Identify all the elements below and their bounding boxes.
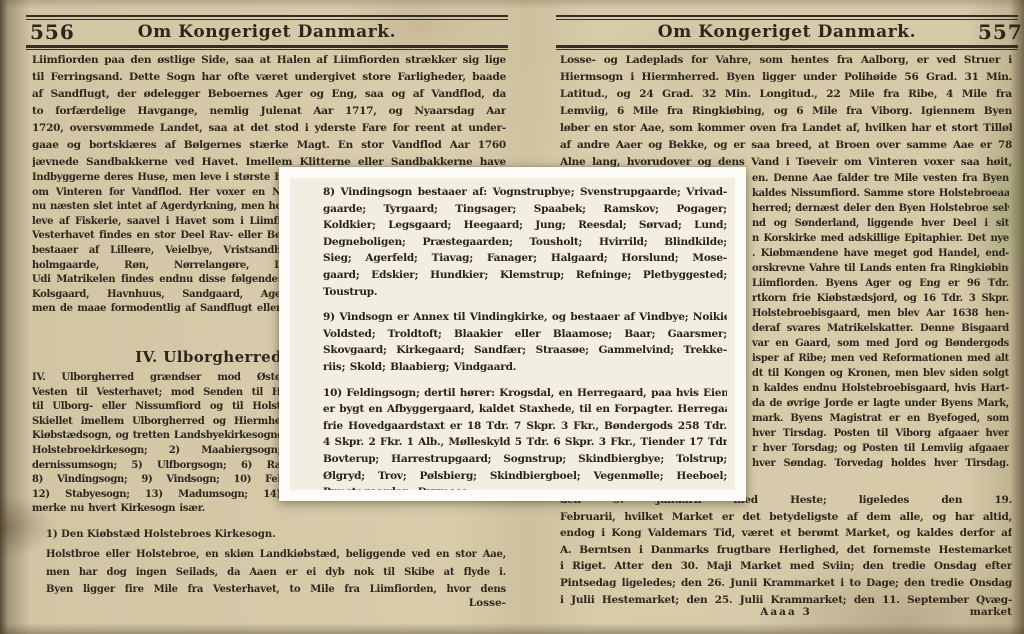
text-line: merke nu hvert Kirkesogn især. [32, 502, 281, 517]
text-line: riis; Skold; Blaabierg; Vindgaard. [323, 359, 727, 376]
book-scan: 556 Om Kongeriget Danmark. Om Kongeriget… [0, 0, 1024, 634]
text-line: Pintsedag ligeledes; den 26. Junii Kramm… [560, 575, 1012, 592]
running-title-left: Om Kongeriget Danmark. [26, 22, 508, 42]
text-line: da de øvrige Jorde er lagte under Byens … [752, 396, 1009, 411]
section-heading-ulborgherred: IV. Ulborgherred [32, 348, 282, 366]
text-line: Februarii, hvilket Market er det betydel… [560, 509, 1012, 526]
text-line: orskrevne Vahre til Lands enten fra Ring… [752, 261, 1009, 276]
text-line: n kaldes endnu Holstebroebisgaard, hvis … [752, 381, 1009, 396]
text-line: dt til Kongen og Kronen, men blev siden … [752, 366, 1009, 381]
excerpt-paragraph-10: 10) Feldingsogn; dertil hører: Krogsdal,… [298, 385, 727, 501]
header-rule [26, 15, 508, 17]
text-line: til Ulborg- eller Nissumfiord og til Hol… [32, 400, 281, 415]
text-line: Koldkier; Legsgaard; Heegaard; Jung; Ree… [323, 217, 727, 234]
text-line: løber en stor Aae, som kommer oven fra L… [560, 120, 1012, 137]
right-page-top-paragraph: Losse- og Ladeplads for Vahre, som hente… [560, 52, 1012, 171]
catchword-left: Losse- [32, 597, 506, 609]
text-line: leve af Fiskerie, saavel i Havet som i L… [32, 215, 281, 230]
text-line: Holstebroebisgaard, men blev Aar 1638 he… [752, 306, 1009, 321]
text-line: . Kiøbmændene have meget god Handel, end… [752, 246, 1009, 261]
text-line: men har dog ingen Seilads, da Aaen er ei… [46, 564, 506, 582]
running-title-right: Om Kongeriget Danmark. [556, 22, 1018, 42]
text-line: 12) Stabyesogn; 13) Madumsogn; 14) [32, 488, 281, 503]
text-line: 10) Feldingsogn; dertil hører: Krogsdal,… [323, 385, 727, 402]
text-line: holmgaarde, Røn, Nørrelangøre, L [32, 259, 281, 274]
text-line: Udi Matrikelen findes endnu disse følgen… [32, 273, 281, 288]
left-page-column-text: Indbyggerne deres Huse, men leve i størs… [32, 171, 281, 317]
excerpt-paragraph-8: 8) Vindingsogn bestaaer af: Vognstrupbye… [298, 184, 727, 300]
catchword-right: market [970, 606, 1012, 618]
text-line: 9) Vindsogn er Annex til Vindingkirke, o… [323, 309, 727, 326]
text-line: Voldsted; Troldtoft; Blaakier eller Blaa… [323, 326, 727, 343]
text-line: Holstbroe eller Holstebroe, en skiøn Lan… [46, 546, 506, 564]
text-line: Kiøbstædsogn, og tretten Landsbyekirkeso… [32, 429, 281, 444]
text-line: Losse- og Ladeplads for Vahre, som hente… [560, 52, 1012, 69]
text-line: nd og Sønderland, liggende hver Deel i s… [752, 216, 1009, 231]
text-line: hver Tirsdag. Posten til Viborg afgaaer … [752, 426, 1009, 441]
text-line: Kolsgaard, Havnhuus, Sandgaard, Age [32, 288, 281, 303]
header-rule [26, 45, 508, 48]
text-line: Liimfiorden. Byens Ager og Eng er 96 Tdr… [752, 276, 1009, 291]
header-rule [556, 15, 1018, 17]
text-line: en. Denne Aae falder tre Mile vesten fra… [752, 171, 1009, 186]
header-rule [556, 19, 1018, 20]
right-page-bottom-paragraph: den 9. Januarii med Heste; ligeledes den… [560, 492, 1012, 608]
signature-row: Aaaa 3 market [560, 606, 1012, 622]
text-line: Bovterup; Harrestrupgaard; Sognstrup; Sk… [323, 451, 727, 468]
text-line: 8) Vindingsogn bestaaer af: Vognstrupbye… [323, 184, 727, 201]
text-line: Indbyggerne deres Huse, men leve i størs… [32, 171, 281, 186]
header-rule [26, 19, 508, 20]
text-line: om Vinteren for Vandflod. Her voxer en N [32, 186, 281, 201]
text-line: isper af Ribe; men ved Reformationen med… [752, 351, 1009, 366]
left-page-top-paragraph: Liimfiorden paa den østlige Side, saa at… [32, 52, 506, 171]
text-line: to forfærdelige Havgange, nemlig Julenat… [32, 103, 506, 120]
text-line: herred; dernæst deler den Byen Holstebro… [752, 201, 1009, 216]
text-line: bestaaer af Lilleøre, Veielbye, Vristsan… [32, 244, 281, 259]
header-rule [26, 49, 508, 50]
text-line: nu næsten slet intet af Agerdyrkning, me… [32, 200, 281, 215]
excerpt-overlay: 8) Vindingsogn bestaaer af: Vognstrupbye… [279, 167, 746, 501]
text-line: 8) Vindingsogn; 9) Vindsogn; 10) Fel [32, 473, 281, 488]
text-line: deraf svares Matrikelskatter. Denne Bisg… [752, 321, 1009, 336]
excerpt-paragraph-9: 9) Vindsogn er Annex til Vindingkirke, o… [298, 309, 727, 375]
text-line: endog i Kong Valdemars Tid, været et ber… [560, 525, 1012, 542]
text-line: 4 Skpr. 2 Fkr. 1 Alb., Mølleskyld 5 Tdr.… [323, 434, 727, 451]
text-line: Liimfiorden paa den østlige Side, saa at… [32, 52, 506, 69]
text-line: Vesterhavet findes en stor Deel Rav- ell… [32, 229, 281, 244]
text-line: 1720, oversvømmede Landet, saa at det st… [32, 120, 506, 137]
text-line: Skiellet imellem Ulborgherred og Hiermhe [32, 415, 281, 430]
page-number-right: 557 [978, 20, 1023, 44]
text-line: kaldes Nissumfiord. Samme store Holstebr… [752, 186, 1009, 201]
text-line: A. Berntsen i Danmarks frugtbare Herligh… [560, 542, 1012, 559]
text-line: i Riget. Atter den 30. Maji Market med S… [560, 558, 1012, 575]
right-page-column-text: en. Denne Aae falder tre Mile vesten fra… [752, 171, 1009, 471]
text-line: gaae og bortskiæres af Bølgernes stærke … [32, 137, 506, 154]
text-line: Lemviig, 6 Mile fra Ringkiøbing, og 6 Mi… [560, 103, 1012, 120]
text-line: hver Søndag. Torvedag holdes hver Tirsda… [752, 456, 1009, 471]
text-line: IV. Ulborgherred grændser mod Øste [32, 371, 281, 386]
text-line: af andre Aaer og Bekke, og er saa breed,… [560, 137, 1012, 154]
text-line: Hiermsogn i Hiermherred. Byen ligger und… [560, 69, 1012, 86]
text-line: Skovgaard; Kirkegaard; Sandfær; Straasøe… [323, 342, 727, 359]
text-line: mark. Byens Magistrat er en Byefoged, so… [752, 411, 1009, 426]
text-line: Præstegaarden; Dyrmose. [323, 484, 727, 501]
text-line: frie Hovedgaardstaxt er 18 Tdr. 7 Skpr. … [323, 418, 727, 435]
text-line: af Sandflugt, der ødelegger Beboernes Ag… [32, 86, 506, 103]
gathering-signature: Aaaa 3 [560, 606, 1012, 618]
footnote-paragraph: Holstbroe eller Holstebroe, en skiøn Lan… [32, 546, 506, 599]
text-line: Byen ligger fire Mile fra Vesterhavet, t… [46, 581, 506, 599]
header-rule [556, 45, 1018, 48]
text-line: dernissumsogn; 5) Ulfborgsogn; 6) Ra [32, 459, 281, 474]
text-line: Degneboligen; Præstegaarden; Tousholt; H… [323, 234, 727, 251]
text-line: er bygt en Afbyggergaard, kaldet Staxhed… [323, 401, 727, 418]
text-line: r hver Torsdag; og Posten til Lemviig af… [752, 441, 1009, 456]
text-line: gaard; Edskier; Hundkier; Klemstrup; Ref… [323, 267, 727, 284]
text-line: til Ferringsand. Dette Sogn har ofte vær… [32, 69, 506, 86]
text-line: Vesten til Vesterhavet; mod Senden til H [32, 386, 281, 401]
text-line: men de maae formodentlig af Sandflugt el… [32, 302, 281, 317]
text-line: Sieg; Agerfeld; Tiavag; Fanager; Halgaar… [323, 250, 727, 267]
text-line: Ølgryd; Trov; Pølsbierg; Skindbiergboel;… [323, 468, 727, 485]
text-line: Toustrup. [323, 284, 727, 301]
text-line: Latitud., og 24 Grad. 32 Min. Longitud.,… [560, 86, 1012, 103]
text-line: rtkorn frie Kiøbstædsjord, og 16 Tdr. 3 … [752, 291, 1009, 306]
text-line: var en Gaard, som med Jord og Bøndergods [752, 336, 1009, 351]
text-line: gaarde; Tyrgaard; Tingsager; Spaabek; Ra… [323, 201, 727, 218]
footnote-heading: 1) Den Kiøbstæd Holstebroes Kirkesogn. [46, 529, 276, 540]
header-rule [556, 49, 1018, 50]
text-line: Holstebroekirkesogn; 2) Maabiergsogn; [32, 444, 281, 459]
left-page-section-paragraph: IV. Ulborgherred grændser mod ØsteVesten… [32, 371, 281, 517]
text-line: n Korskirke med adskillige Epitaphier. D… [752, 231, 1009, 246]
